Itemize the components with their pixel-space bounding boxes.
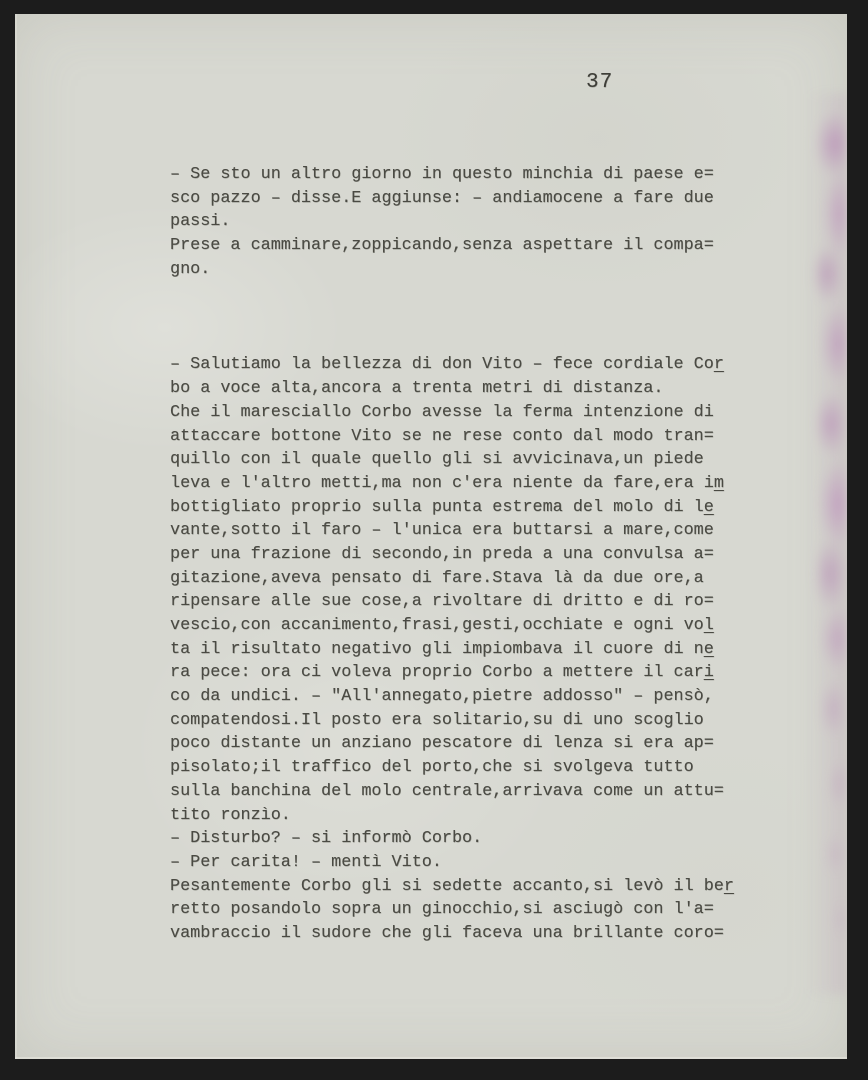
text-line: per una frazione di secondo,in preda a u… [170,543,770,567]
text-line: leva e l'altro metti,ma non c'era niente… [170,472,770,496]
document-page: 37 – Se sto un altro giorno in questo mi… [15,14,847,1059]
text-line: tito ronzìo. [170,804,770,828]
text-line: retto posandolo sopra un ginocchio,si as… [170,898,770,922]
underlined-letter: i [704,663,714,682]
text-line: – Salutiamo la bellezza di don Vito – fe… [170,353,770,377]
text-line: ripensare alle sue cose,a rivoltare di d… [170,590,770,614]
text-line: gno. [170,258,770,282]
underlined-letter: e [704,498,714,517]
text-line: sco pazzo – disse.E aggiunse: – andiamoc… [170,187,770,211]
text-line: compatendosi.Il posto era solitario,su d… [170,709,770,733]
text-line: ta il risultato negativo gli impiombava … [170,638,770,662]
text-line: pisolato;il traffico del porto,che si sv… [170,756,770,780]
underlined-letter: m [714,474,724,493]
paragraph: – Se sto un altro giorno in questo minch… [170,163,770,281]
underlined-letter: l [704,616,714,635]
underlined-letter: e [704,640,714,659]
text-line: – Per carita! – mentì Vito. [170,851,770,875]
scan-background: { "theme": { "background": "#1c1c1c", "p… [0,0,868,1080]
text-line: – Se sto un altro giorno in questo minch… [170,163,770,187]
text-line: gitazione,aveva pensato di fare.Stava là… [170,567,770,591]
text-line: poco distante un anziano pescatore di le… [170,732,770,756]
text-line: bottigliato proprio sulla punta estrema … [170,496,770,520]
text-line: attaccare bottone Vito se ne rese conto … [170,425,770,449]
text-line: vante,sotto il faro – l'unica era buttar… [170,519,770,543]
text-line: sulla banchina del molo centrale,arrivav… [170,780,770,804]
underlined-letter: r [714,355,724,374]
text-line: vescio,con accanimento,frasi,gesti,occhi… [170,614,770,638]
text-line: – Disturbo? – si informò Corbo. [170,827,770,851]
text-line: bo a voce alta,ancora a trenta metri di … [170,377,770,401]
page-number: 37 [586,70,613,96]
text-line: quillo con il quale quello gli si avvici… [170,448,770,472]
text-line: passi. [170,210,770,234]
typewritten-text-block: – Se sto un altro giorno in questo minch… [170,163,770,946]
scan-viewport: 37 – Se sto un altro giorno in questo mi… [0,0,868,1080]
text-line: ra pece: ora ci voleva proprio Corbo a m… [170,661,770,685]
text-line: Che il maresciallo Corbo avesse la ferma… [170,401,770,425]
ink-stain-overlay [775,94,847,994]
text-line: Pesantemente Corbo gli si sedette accant… [170,875,770,899]
text-line: vambraccio il sudore che gli faceva una … [170,922,770,946]
text-line: Prese a camminare,zoppicando,senza aspet… [170,234,770,258]
text-line: co da undici. – "All'annegato,pietre add… [170,685,770,709]
paragraph: – Salutiamo la bellezza di don Vito – fe… [170,353,770,945]
underlined-letter: r [724,877,734,896]
